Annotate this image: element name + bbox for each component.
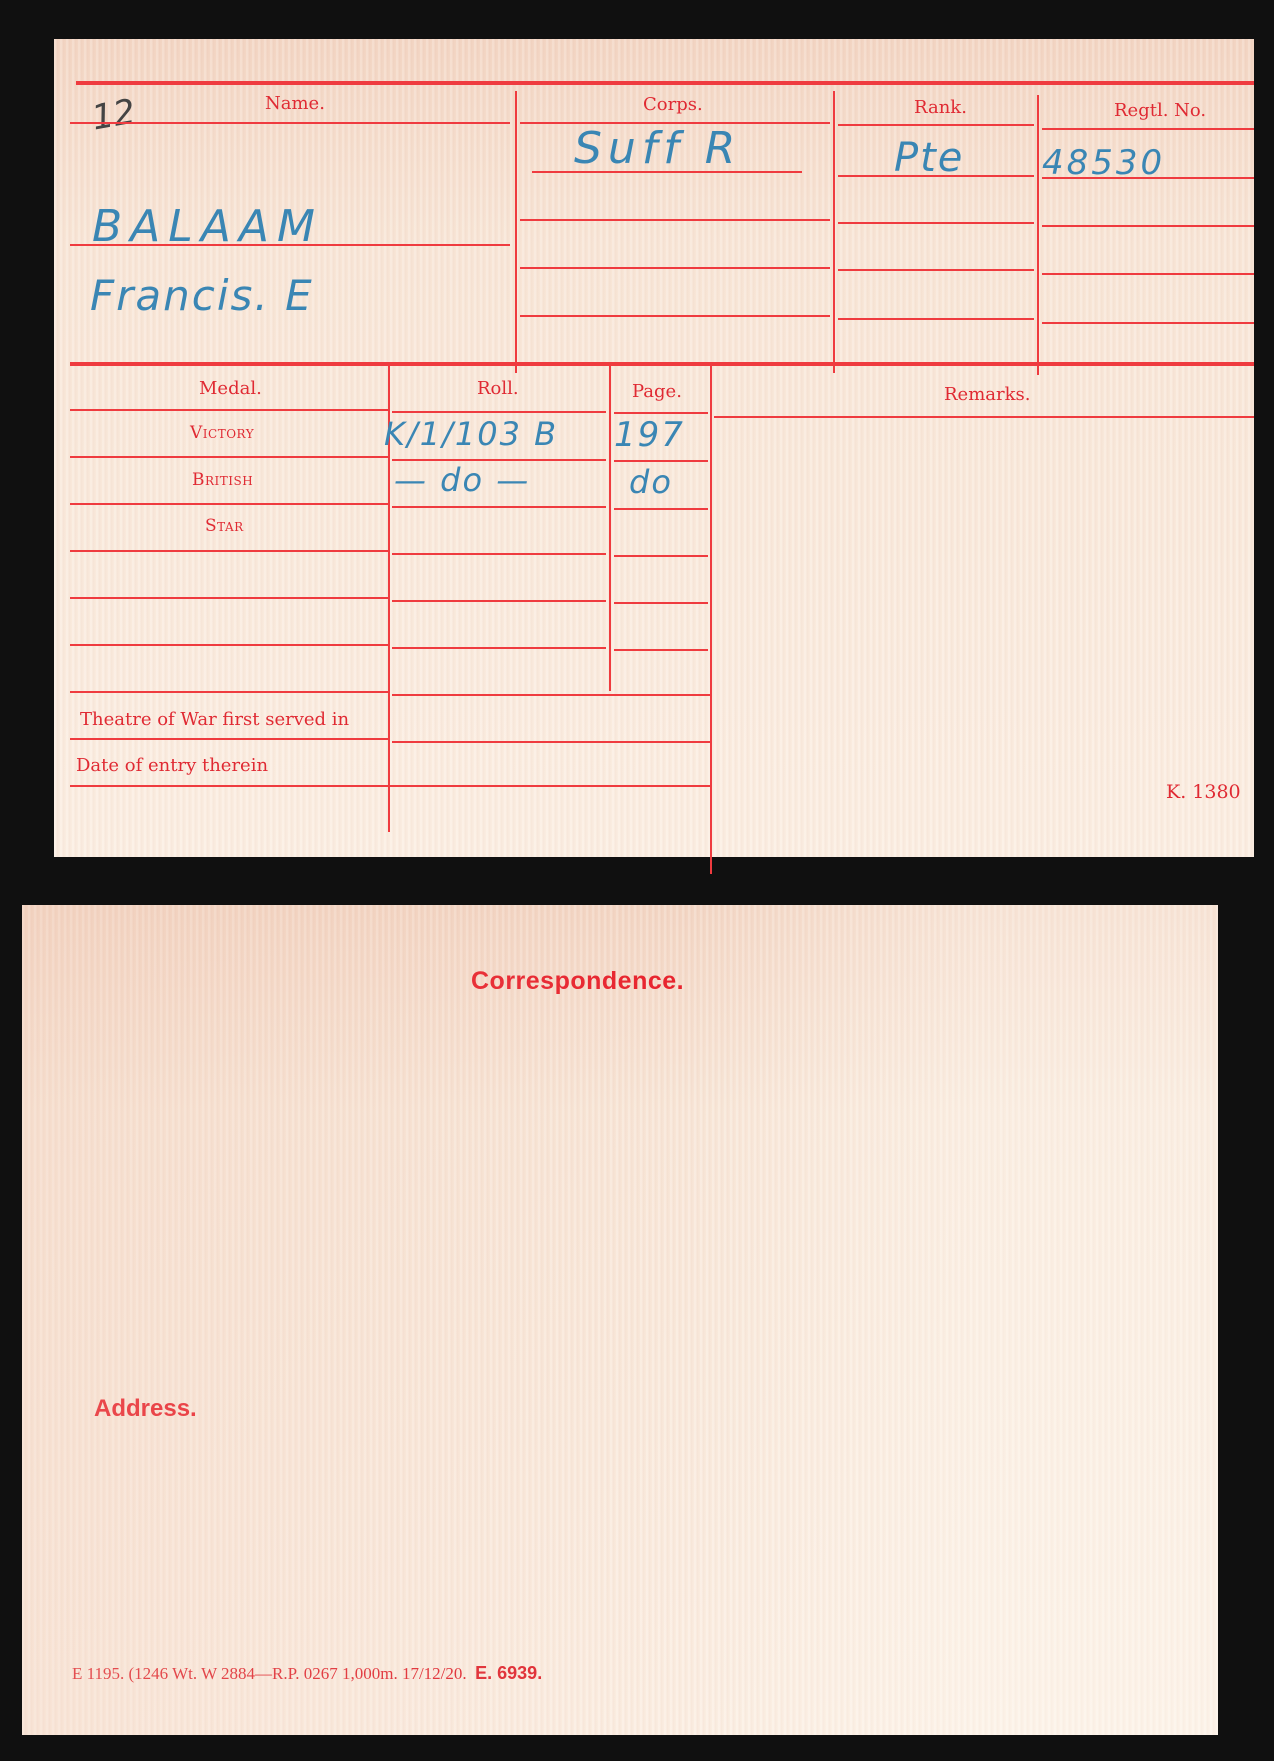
regtl-no-header: Regtl. No. — [1114, 100, 1206, 121]
medal-rule — [70, 550, 388, 552]
pencil-mark: 12 — [89, 92, 139, 139]
roll-header: Roll. — [477, 378, 519, 399]
remarks-rule — [714, 416, 1254, 418]
medal-rule — [70, 456, 388, 458]
rank-header: Rank. — [914, 97, 967, 118]
regtl-rule — [1042, 273, 1254, 275]
remarks-header: Remarks. — [944, 384, 1030, 405]
page-rule — [614, 555, 708, 557]
rank-rule — [838, 124, 1034, 126]
medal-header: Medal. — [199, 378, 262, 399]
medal-index-card-back: Correspondence. Address. E 1195. (1246 W… — [22, 905, 1218, 1735]
medal-row-british: British — [192, 470, 253, 490]
corps-rule — [520, 315, 830, 317]
form-number: K. 1380 — [1166, 781, 1241, 803]
roll-value-british: — do — — [394, 461, 530, 499]
medal-row-star: Star — [205, 516, 244, 536]
surname-value: BALAAM — [92, 201, 323, 252]
page-rule — [614, 508, 708, 510]
corps-value: Suff R — [574, 123, 741, 174]
roll-rule — [392, 506, 606, 508]
divider-corps-rank — [833, 91, 835, 373]
rank-rule — [838, 222, 1034, 224]
page-value-british: do — [629, 463, 673, 501]
regtl-rule — [1042, 322, 1254, 324]
regtl-rule — [1042, 128, 1254, 130]
divider-name-corps — [515, 91, 517, 373]
printer-footer: E 1195. (1246 Wt. W 2884—R.P. 0267 1,000… — [72, 1663, 542, 1684]
medal-rule — [70, 691, 388, 693]
medal-rule — [70, 738, 388, 740]
date-entry-label: Date of entry therein — [76, 755, 268, 776]
rank-rule — [838, 318, 1034, 320]
roll-rule — [392, 411, 606, 413]
rank-rule — [838, 269, 1034, 271]
regtl-no-value: 48530 — [1042, 143, 1165, 183]
corps-rule — [520, 219, 830, 221]
regtl-rule — [1042, 225, 1254, 227]
page-rule — [614, 602, 708, 604]
correspondence-title: Correspondence. — [471, 967, 684, 996]
middle-rule — [70, 362, 1254, 366]
address-label: Address. — [94, 1395, 197, 1423]
corps-header: Corps. — [643, 94, 703, 115]
roll-rule — [392, 600, 606, 602]
theatre-label: Theatre of War first served in — [80, 709, 349, 730]
rank-value: Pte — [894, 135, 964, 181]
top-rule — [76, 81, 1254, 85]
roll-rule — [392, 553, 606, 555]
roll-rule — [392, 741, 710, 743]
medal-rule — [70, 785, 710, 787]
divider-roll-page — [609, 366, 611, 691]
divider-page-remarks — [710, 366, 712, 874]
page-rule — [614, 412, 708, 414]
divider-rank-regtl — [1037, 95, 1039, 375]
medal-index-card-front: 12 Name. Corps. Rank. Regtl. No. BALAAM … — [54, 39, 1254, 857]
roll-rule — [392, 694, 710, 696]
medal-rule — [70, 597, 388, 599]
page-rule — [614, 649, 708, 651]
roll-rule — [392, 647, 606, 649]
medal-rule — [70, 644, 388, 646]
name-header: Name. — [265, 93, 325, 114]
forenames-value: Francis. E — [90, 271, 314, 320]
page-header: Page. — [632, 381, 682, 402]
corps-rule — [520, 267, 830, 269]
medal-rule — [70, 503, 388, 505]
name-rule — [70, 122, 510, 124]
page-rule — [614, 460, 708, 462]
medal-rule — [70, 409, 388, 411]
page-value-victory: 197 — [614, 415, 685, 455]
printer-footer-code: E. 6939. — [475, 1663, 542, 1683]
printer-footer-text: E 1195. (1246 Wt. W 2884—R.P. 0267 1,000… — [72, 1664, 467, 1683]
medal-row-victory: Victory — [190, 423, 254, 443]
roll-value-victory: K/1/103 B — [384, 415, 558, 453]
